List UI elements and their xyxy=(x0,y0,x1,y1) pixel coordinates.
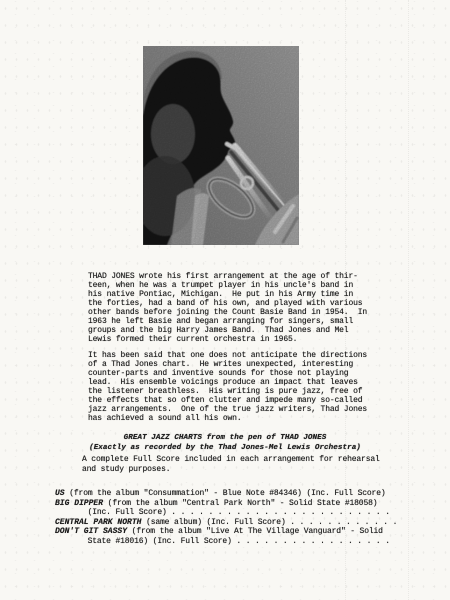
chart-details: (same album) (Inc. Full Score) . . . . .… xyxy=(141,518,397,527)
chart-list-item-dont-git-sassy: DON'T GIT SASSY (from the album "Live At… xyxy=(55,527,427,546)
chart-list-item-us: US (from the album "Consummation" - Blue… xyxy=(55,489,427,499)
chart-list: US (from the album "Consummation" - Blue… xyxy=(55,489,427,547)
heading-subtitle: (Exactly as recorded by the Thad Jones-M… xyxy=(0,444,450,454)
chart-title: CENTRAL PARK NORTH xyxy=(55,518,141,527)
bio-paragraph-2: It has been said that one does not antic… xyxy=(88,351,367,423)
chart-title: BIG DIPPER xyxy=(55,499,103,508)
chart-list-item-big-dipper: BIG DIPPER (from the album "Central Park… xyxy=(55,499,427,518)
scanned-catalog-page: THAD JONES wrote his first arrangement a… xyxy=(0,0,450,600)
heading-title: GREAT JAZZ CHARTS from the pen of THAD J… xyxy=(0,434,450,444)
trumpet-player-photo xyxy=(143,46,299,245)
trumpet-player-illustration xyxy=(143,46,299,245)
chart-details: (from the album "Central Park North" - S… xyxy=(55,499,390,518)
section-heading: GREAT JAZZ CHARTS from the pen of THAD J… xyxy=(0,434,450,453)
chart-title: DON'T GIT SASSY xyxy=(55,527,127,536)
bio-paragraph-1: THAD JONES wrote his first arrangement a… xyxy=(88,272,367,344)
chart-title: US xyxy=(55,489,65,498)
full-score-note: A complete Full Score included in each a… xyxy=(82,455,380,474)
chart-details: (from the album "Consummation" - Blue No… xyxy=(65,489,386,498)
chart-list-item-central-park-north: CENTRAL PARK NORTH (same album) (Inc. Fu… xyxy=(55,518,427,528)
